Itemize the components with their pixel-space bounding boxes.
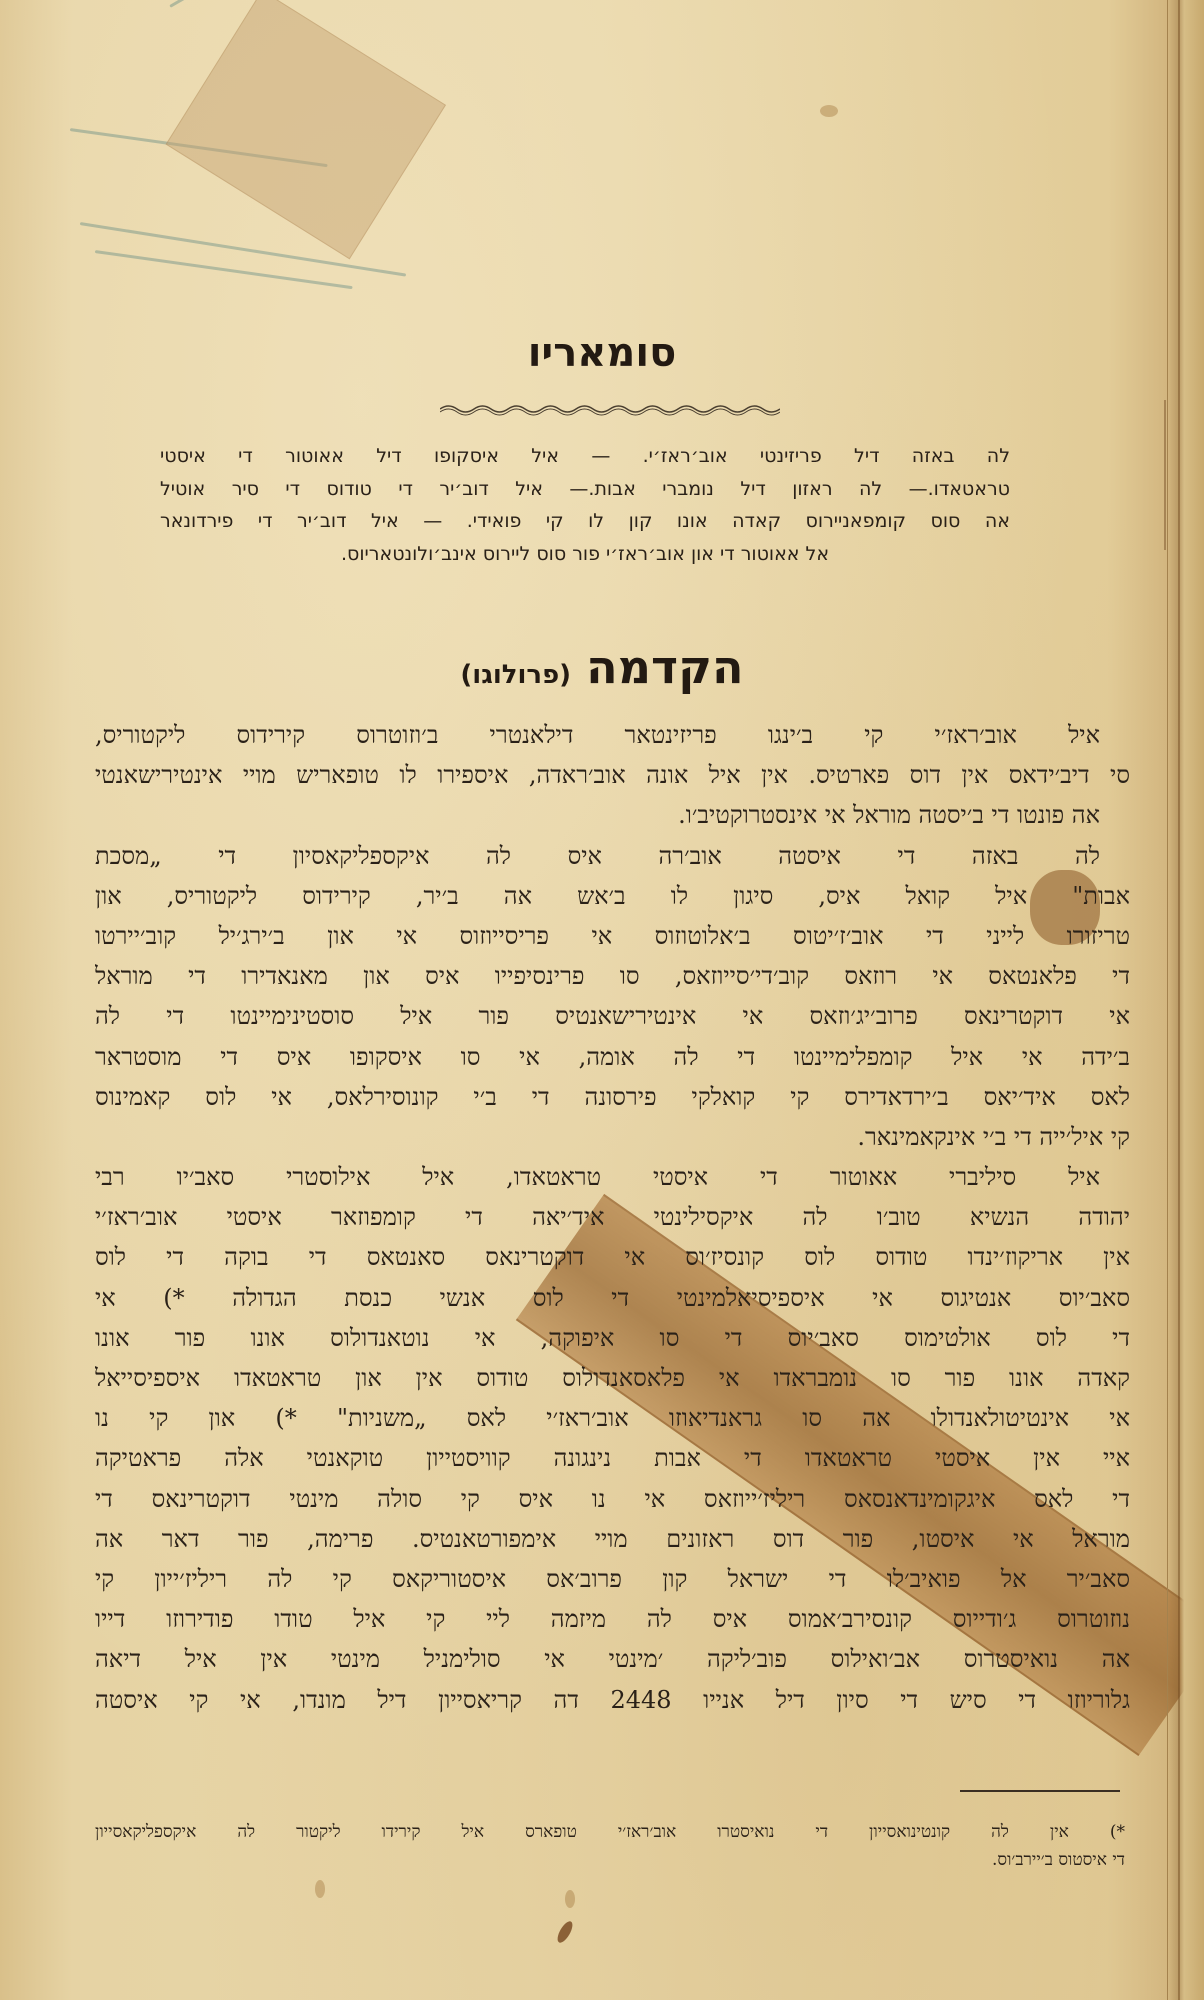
body-line: טריזורו לייני די אוב׳ז׳יטוס ב׳אלוטוזוס א… (95, 916, 1130, 956)
prologue-subtitle: (פרולוגו) (460, 660, 571, 690)
scanned-page: סומאריו לה באזה דיל פריזינטי אוב׳ראז׳י. … (0, 0, 1204, 2000)
prologue-title: הקדמה (586, 640, 743, 694)
summary-line: לה באזה דיל פריזינטי אוב׳ראז׳י. — איל אי… (160, 440, 1010, 473)
adhesive-tape-top (166, 0, 446, 259)
wavy-divider (440, 402, 780, 416)
body-line: קאדה אונו פור סו נומבראדו אי פלאסאנדולוס… (95, 1358, 1130, 1398)
footnote-rule (960, 1790, 1120, 1792)
body-line: סאב׳יר אל פואיב׳לו די ישראל קון פרוב׳אס … (95, 1559, 1130, 1599)
summary-title: סומאריו (0, 330, 1204, 376)
body-line: איי אין איסטי טראטאדו די אבות נינגונה קו… (95, 1438, 1130, 1478)
summary-line: אל אאוטור די און אוב׳ראז׳י פור סוס ליירו… (160, 538, 1010, 571)
summary-line: טראטאדו.— לה ראזון דיל נומברי אבות.— איל… (160, 473, 1010, 506)
body-line: איל סיליברי אאוטור די איסטי טראטאדו, איל… (95, 1157, 1130, 1197)
body-line: די לאס איגקומינדאנסאס ריליז׳ייוזאס אי נו… (95, 1479, 1130, 1519)
body-line: מוראל אי איסטו, פור דוס ראזונים מויי אימ… (95, 1519, 1130, 1559)
edge-crease (1178, 0, 1180, 2000)
body-line: אה פונטו די ב׳יסטה מוראל אי אינסטרוקטיב׳… (95, 795, 1130, 835)
body-line: ב׳ידה אי איל קומפלימיינטו די לה אומה, אי… (95, 1037, 1130, 1077)
body-line: אי אינטיטולאנדולו אה סו גראנדיאוזו אוב׳ר… (95, 1398, 1130, 1438)
paper-spot (820, 105, 838, 117)
body-line: די לוס אולטימוס סאב׳יוס די סו איפוקה, אי… (95, 1318, 1130, 1358)
body-line: אה נואיסטרוס אב׳ואילוס פוב׳ליקה ׳מינטי א… (95, 1639, 1130, 1679)
paper-spot (565, 1890, 575, 1908)
footnote-line: די איסטוס ב׳יירב׳וס. (95, 1846, 1125, 1874)
body-line: לה באזה די איסטה אוב׳רה איס לה איקספליקא… (95, 836, 1130, 876)
footnote-line: *) אין לה קונטינואסייון די נואיסטרו אוב׳… (95, 1818, 1125, 1846)
body-line: גלוריוזו די סיש די סיון דיל אנייו 2448 ד… (95, 1680, 1130, 1720)
footnote: *) אין לה קונטינואסייון די נואיסטרו אוב׳… (95, 1818, 1125, 1874)
body-line: אבות" איל קואל איס, סיגון לו ב׳אש אה ב׳י… (95, 876, 1130, 916)
body-line: יהודה הנשיא טוב׳ו לה איקסילינטי איד׳יאה … (95, 1197, 1130, 1237)
summary-paragraph: לה באזה דיל פריזינטי אוב׳ראז׳י. — איל אי… (160, 440, 1010, 570)
body-line: אין אריקוז׳ינדו טודוס לוס קונסיז׳וס אי ד… (95, 1237, 1130, 1277)
torn-binding-edge (1167, 0, 1204, 2000)
body-line: נוזוטרוס ג׳ודייוס קונסירב׳אמוס איס לה מי… (95, 1599, 1130, 1639)
paper-spot (555, 1919, 576, 1945)
body-line: לאס איד׳יאס ב׳ירדאדירס קי קואלקי פירסונה… (95, 1077, 1130, 1117)
body-line: איל אוב׳ראז׳י קי ב׳ינגו פריזינטאר דילאנט… (95, 715, 1130, 755)
body-line: קי איל׳ייה די ב׳י אינקאמינאר. (95, 1117, 1130, 1157)
summary-line: אה סוס קומפאניירוס קאדה אונו קון לו קי פ… (160, 505, 1010, 538)
pencil-mark (169, 0, 240, 8)
body-line: סי דיב׳ידאס אין דוס פארטיס. אין איל אונה… (95, 755, 1130, 795)
body-line: סאב׳יוס אנטיגוס אי איספיסיאלמינטי די לוס… (95, 1278, 1130, 1318)
prologue-heading: הקדמה (פרולוגו) (0, 640, 1204, 694)
body-line: אי דוקטרינאס פרוב׳יג׳וזאס אי אינטירישאנט… (95, 996, 1130, 1036)
paper-spot (315, 1880, 325, 1898)
body-line: די פלאנטאס אי רוזאס קוב׳די׳סייוזאס, סו פ… (95, 956, 1130, 996)
body-text: איל אוב׳ראז׳י קי ב׳ינגו פריזינטאר דילאנט… (95, 715, 1130, 1720)
edge-crease (1164, 400, 1166, 550)
pencil-mark (95, 250, 353, 289)
